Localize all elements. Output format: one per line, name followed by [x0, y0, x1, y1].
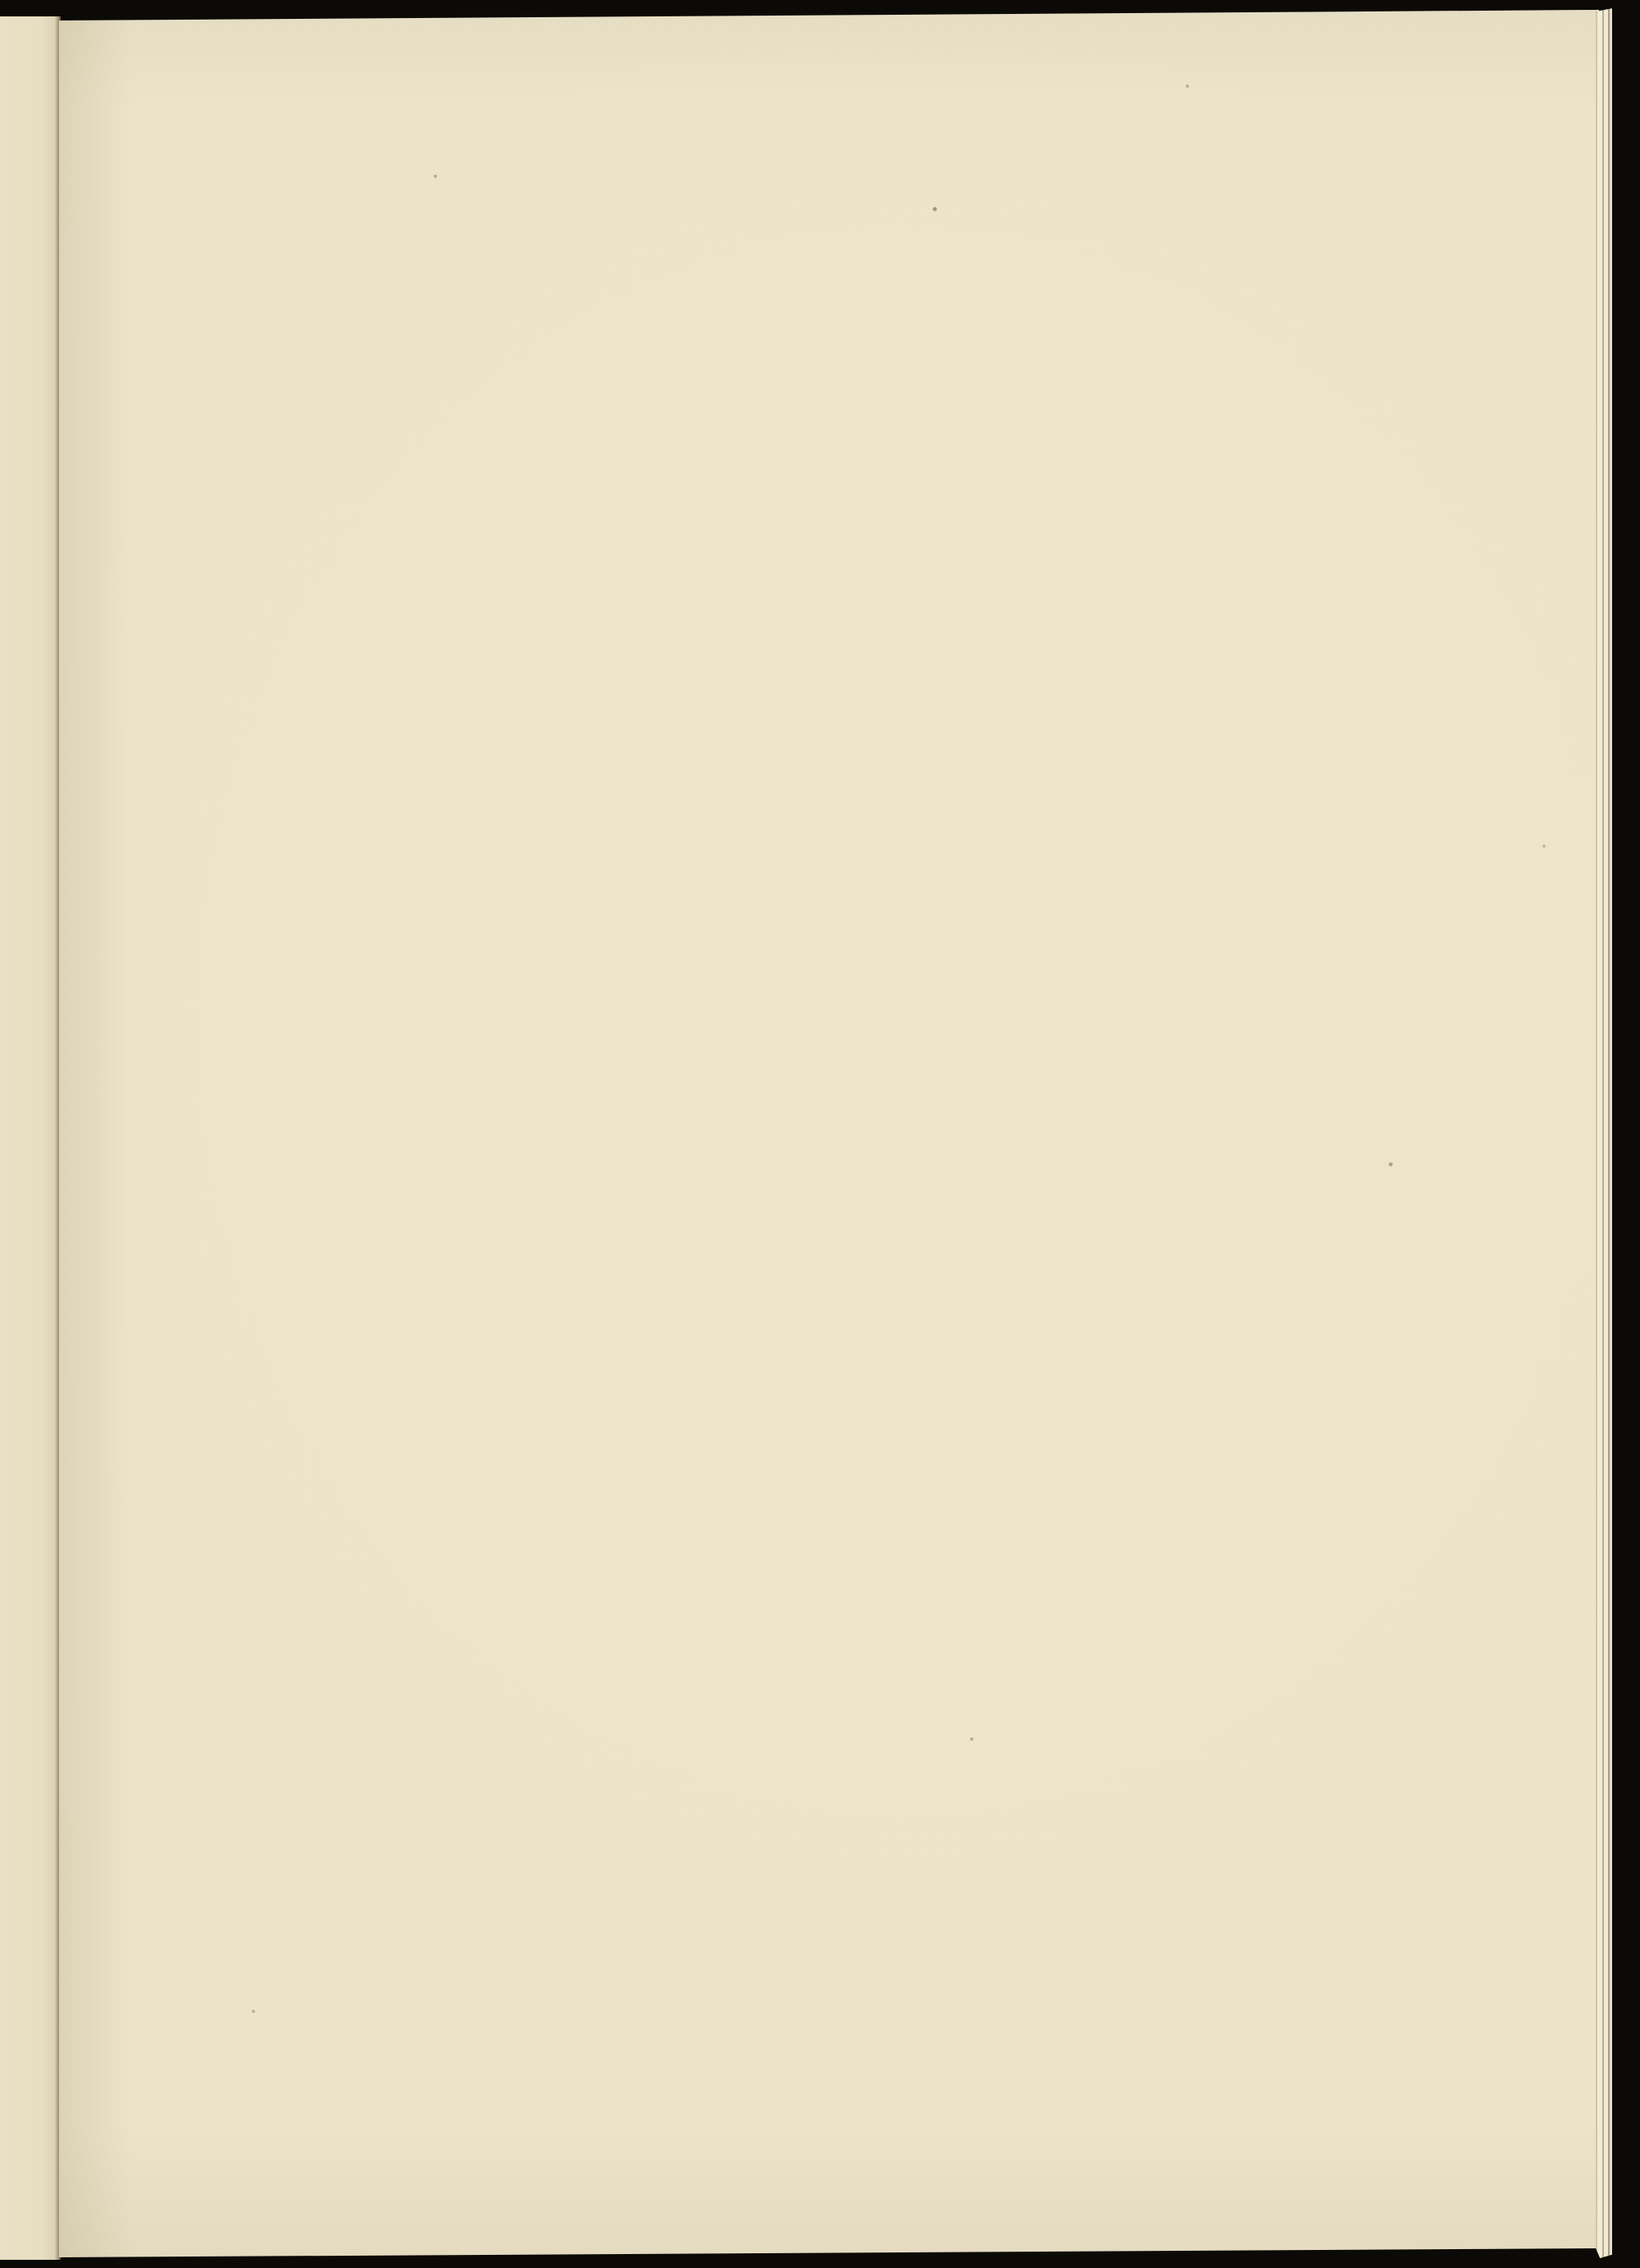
- page-stack-edges: [1596, 8, 1617, 2258]
- scan-dust-specks: [0, 0, 2, 2]
- scanned-book-photo: { "colors":{"background":"#0c0a07","pape…: [0, 0, 1640, 2268]
- previous-page-edge: [0, 16, 61, 2260]
- page-header: [212, 205, 1389, 243]
- book-page: [59, 10, 1599, 2257]
